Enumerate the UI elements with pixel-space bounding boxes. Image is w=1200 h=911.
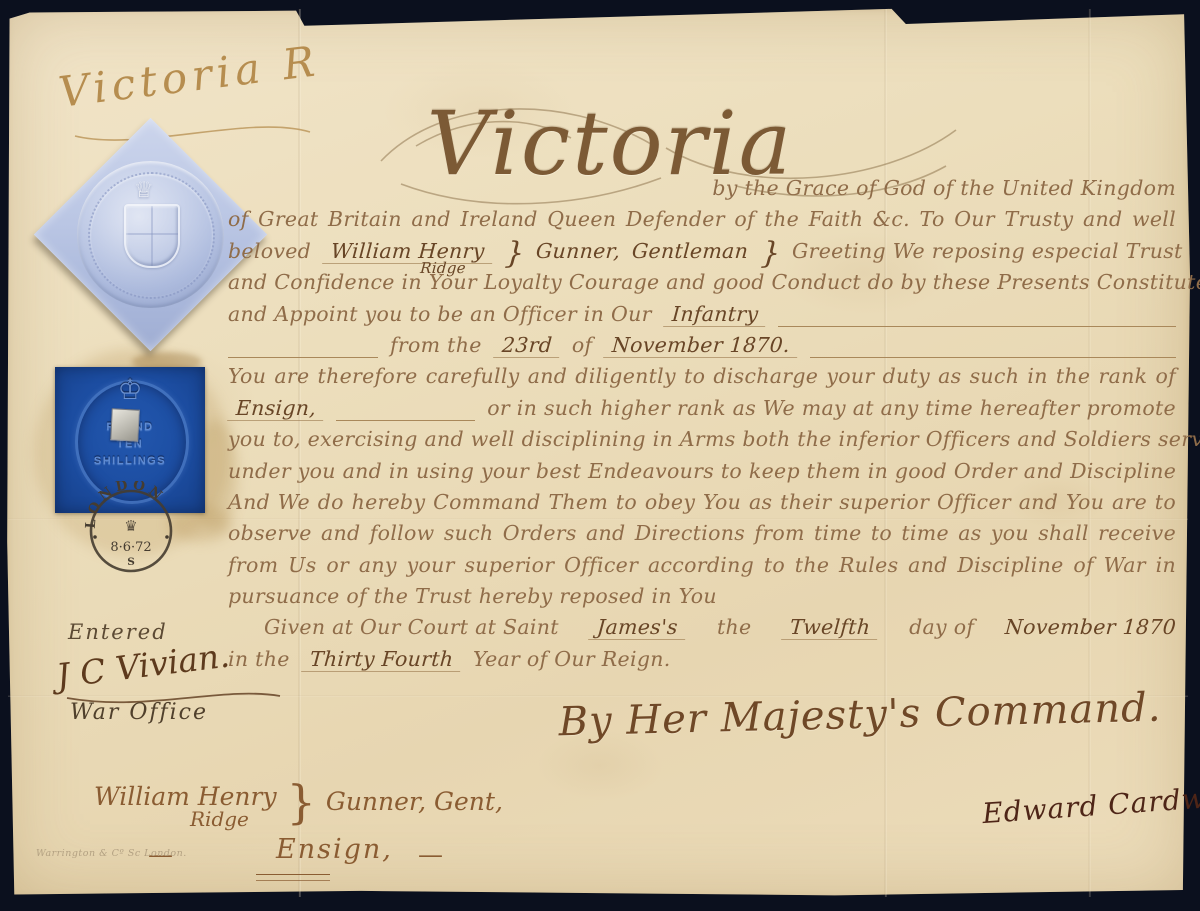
docket-name-under: Ridge [190, 807, 249, 831]
document-line: observe and follow such Orders and Direc… [228, 521, 1176, 552]
postmark-crown-icon: ♛ [124, 517, 137, 535]
manuscript-text: Twelfth [781, 615, 879, 640]
engraved-text: from Us or any your superior Officer acc… [228, 553, 1176, 577]
postmark-date: 8·6·72 [110, 540, 151, 555]
document-line: And We do hereby Command Them to obey Yo… [228, 490, 1176, 521]
manuscript-text: November 1870. [604, 333, 800, 358]
engraved-text: Given at Our Court at Saint [264, 615, 559, 639]
commission-body-text: by the Grace of God of the United Kingdo… [228, 176, 1176, 678]
document-line: in theThirty FourthYear of Our Reign. [228, 647, 1176, 678]
document-line: pursuance of the Trust hereby reposed in… [228, 584, 1176, 615]
document-line: of Great Britain and Ireland Queen Defen… [228, 207, 1176, 238]
engraved-text: from the [390, 333, 482, 357]
engraved-text: under you and in using your best Endeavo… [228, 459, 1176, 483]
document-line: You are therefore carefully and diligent… [228, 364, 1176, 395]
docket-name-main: William Henry [94, 782, 277, 811]
document-line: from Us or any your superior Officer acc… [228, 553, 1176, 584]
engraved-text: and Confidence in Your Loyalty Courage a… [228, 270, 1200, 294]
photograph-of-commission-document: Victoria R ♕ Victoria by the Grace of Go… [0, 0, 1200, 911]
inserted-name-under: Ridge [420, 259, 467, 277]
document-line: Ensign,or in such higher rank as We may … [228, 396, 1176, 427]
engraved-text: Year of Our Reign. [473, 647, 671, 671]
blank-rule [336, 418, 475, 421]
stamp-crown-icon: ♔ [55, 373, 205, 406]
manuscript-text: James's [589, 615, 688, 640]
document-line: from the23rdofNovember 1870. [228, 333, 1176, 364]
document-line: you to, exercising and well disciplining… [228, 427, 1176, 458]
entered-label: Entered [68, 620, 168, 644]
blank-rule [778, 324, 1176, 327]
document-line: under you and in using your best Endeavo… [228, 459, 1176, 490]
blank-rule [228, 355, 378, 358]
engraved-text: in the [228, 647, 290, 671]
manuscript-text: Gentleman [632, 239, 750, 263]
engraved-text: and Appoint you to be an Officer in Our [228, 302, 652, 326]
docket-underline [256, 874, 330, 881]
engraved-text: of [572, 333, 593, 357]
manuscript-text: Ensign, [227, 396, 325, 421]
stamp-cancel-punch [110, 408, 140, 441]
docket-brace: } [287, 782, 316, 822]
manuscript-text: Gunner, [535, 239, 621, 263]
seal-crown-icon: ♕ [134, 178, 154, 203]
engraved-text: of Great Britain and Ireland Queen Defen… [228, 207, 1176, 231]
docket-name-row: William Henry Ridge } Gunner, Gent, [94, 782, 503, 822]
war-office-entry-block: Entered J C Vivian. War Office [68, 620, 168, 644]
engraved-text: you to, exercising and well disciplining… [228, 427, 1200, 451]
engraved-text: Greeting We reposing especial Trust [792, 239, 1183, 263]
engraved-text: or in such higher rank as We may at any … [487, 396, 1176, 420]
manuscript-text: 23rd [493, 333, 561, 358]
manuscript-text: Infantry [663, 302, 767, 327]
engraved-text: by the Grace of God of the United Kingdo… [712, 176, 1176, 200]
document-line: by the Grace of God of the United Kingdo… [228, 176, 1176, 207]
document-line: Given at Our Court at SaintJames'stheTwe… [228, 615, 1176, 646]
stamp-value-line: SHILLINGS [55, 453, 205, 470]
docket-dash: — [418, 840, 443, 869]
engraved-text: day of [909, 615, 974, 639]
seal-royal-arms-shield [124, 204, 180, 268]
docket-rank: Ensign, [276, 834, 393, 865]
engraved-text: You are therefore carefully and diligent… [228, 364, 1176, 388]
engraved-text: pursuance of the Trust hereby reposed in… [228, 584, 717, 608]
blank-rule [810, 355, 1176, 358]
engraved-text: beloved [228, 239, 311, 263]
war-office-label: War Office [70, 700, 208, 725]
manuscript-text: November 1870 [1004, 615, 1177, 639]
docket-role: Gunner, Gent, [326, 782, 503, 816]
document-line: and Appoint you to be an Officer in OurI… [228, 302, 1176, 333]
manuscript-text: Thirty Fourth [301, 647, 462, 672]
inserted-name: William HenryRidge [322, 239, 493, 264]
engraver-imprint: Warrington & Cº Sc London. [36, 848, 187, 859]
engraved-text: And We do hereby Command Them to obey Yo… [228, 490, 1176, 514]
london-postmark: LONDON ♛ 8·6·72 S [83, 481, 179, 577]
engraved-text: observe and follow such Orders and Direc… [228, 521, 1176, 545]
engraved-text: the [717, 615, 751, 639]
docket-name: William Henry Ridge [94, 782, 277, 811]
document-line: belovedWilliam HenryRidge}Gunner,Gentlem… [228, 239, 1176, 270]
postmark-index: S [127, 556, 135, 568]
document-line: and Confidence in Your Loyalty Courage a… [228, 270, 1176, 301]
